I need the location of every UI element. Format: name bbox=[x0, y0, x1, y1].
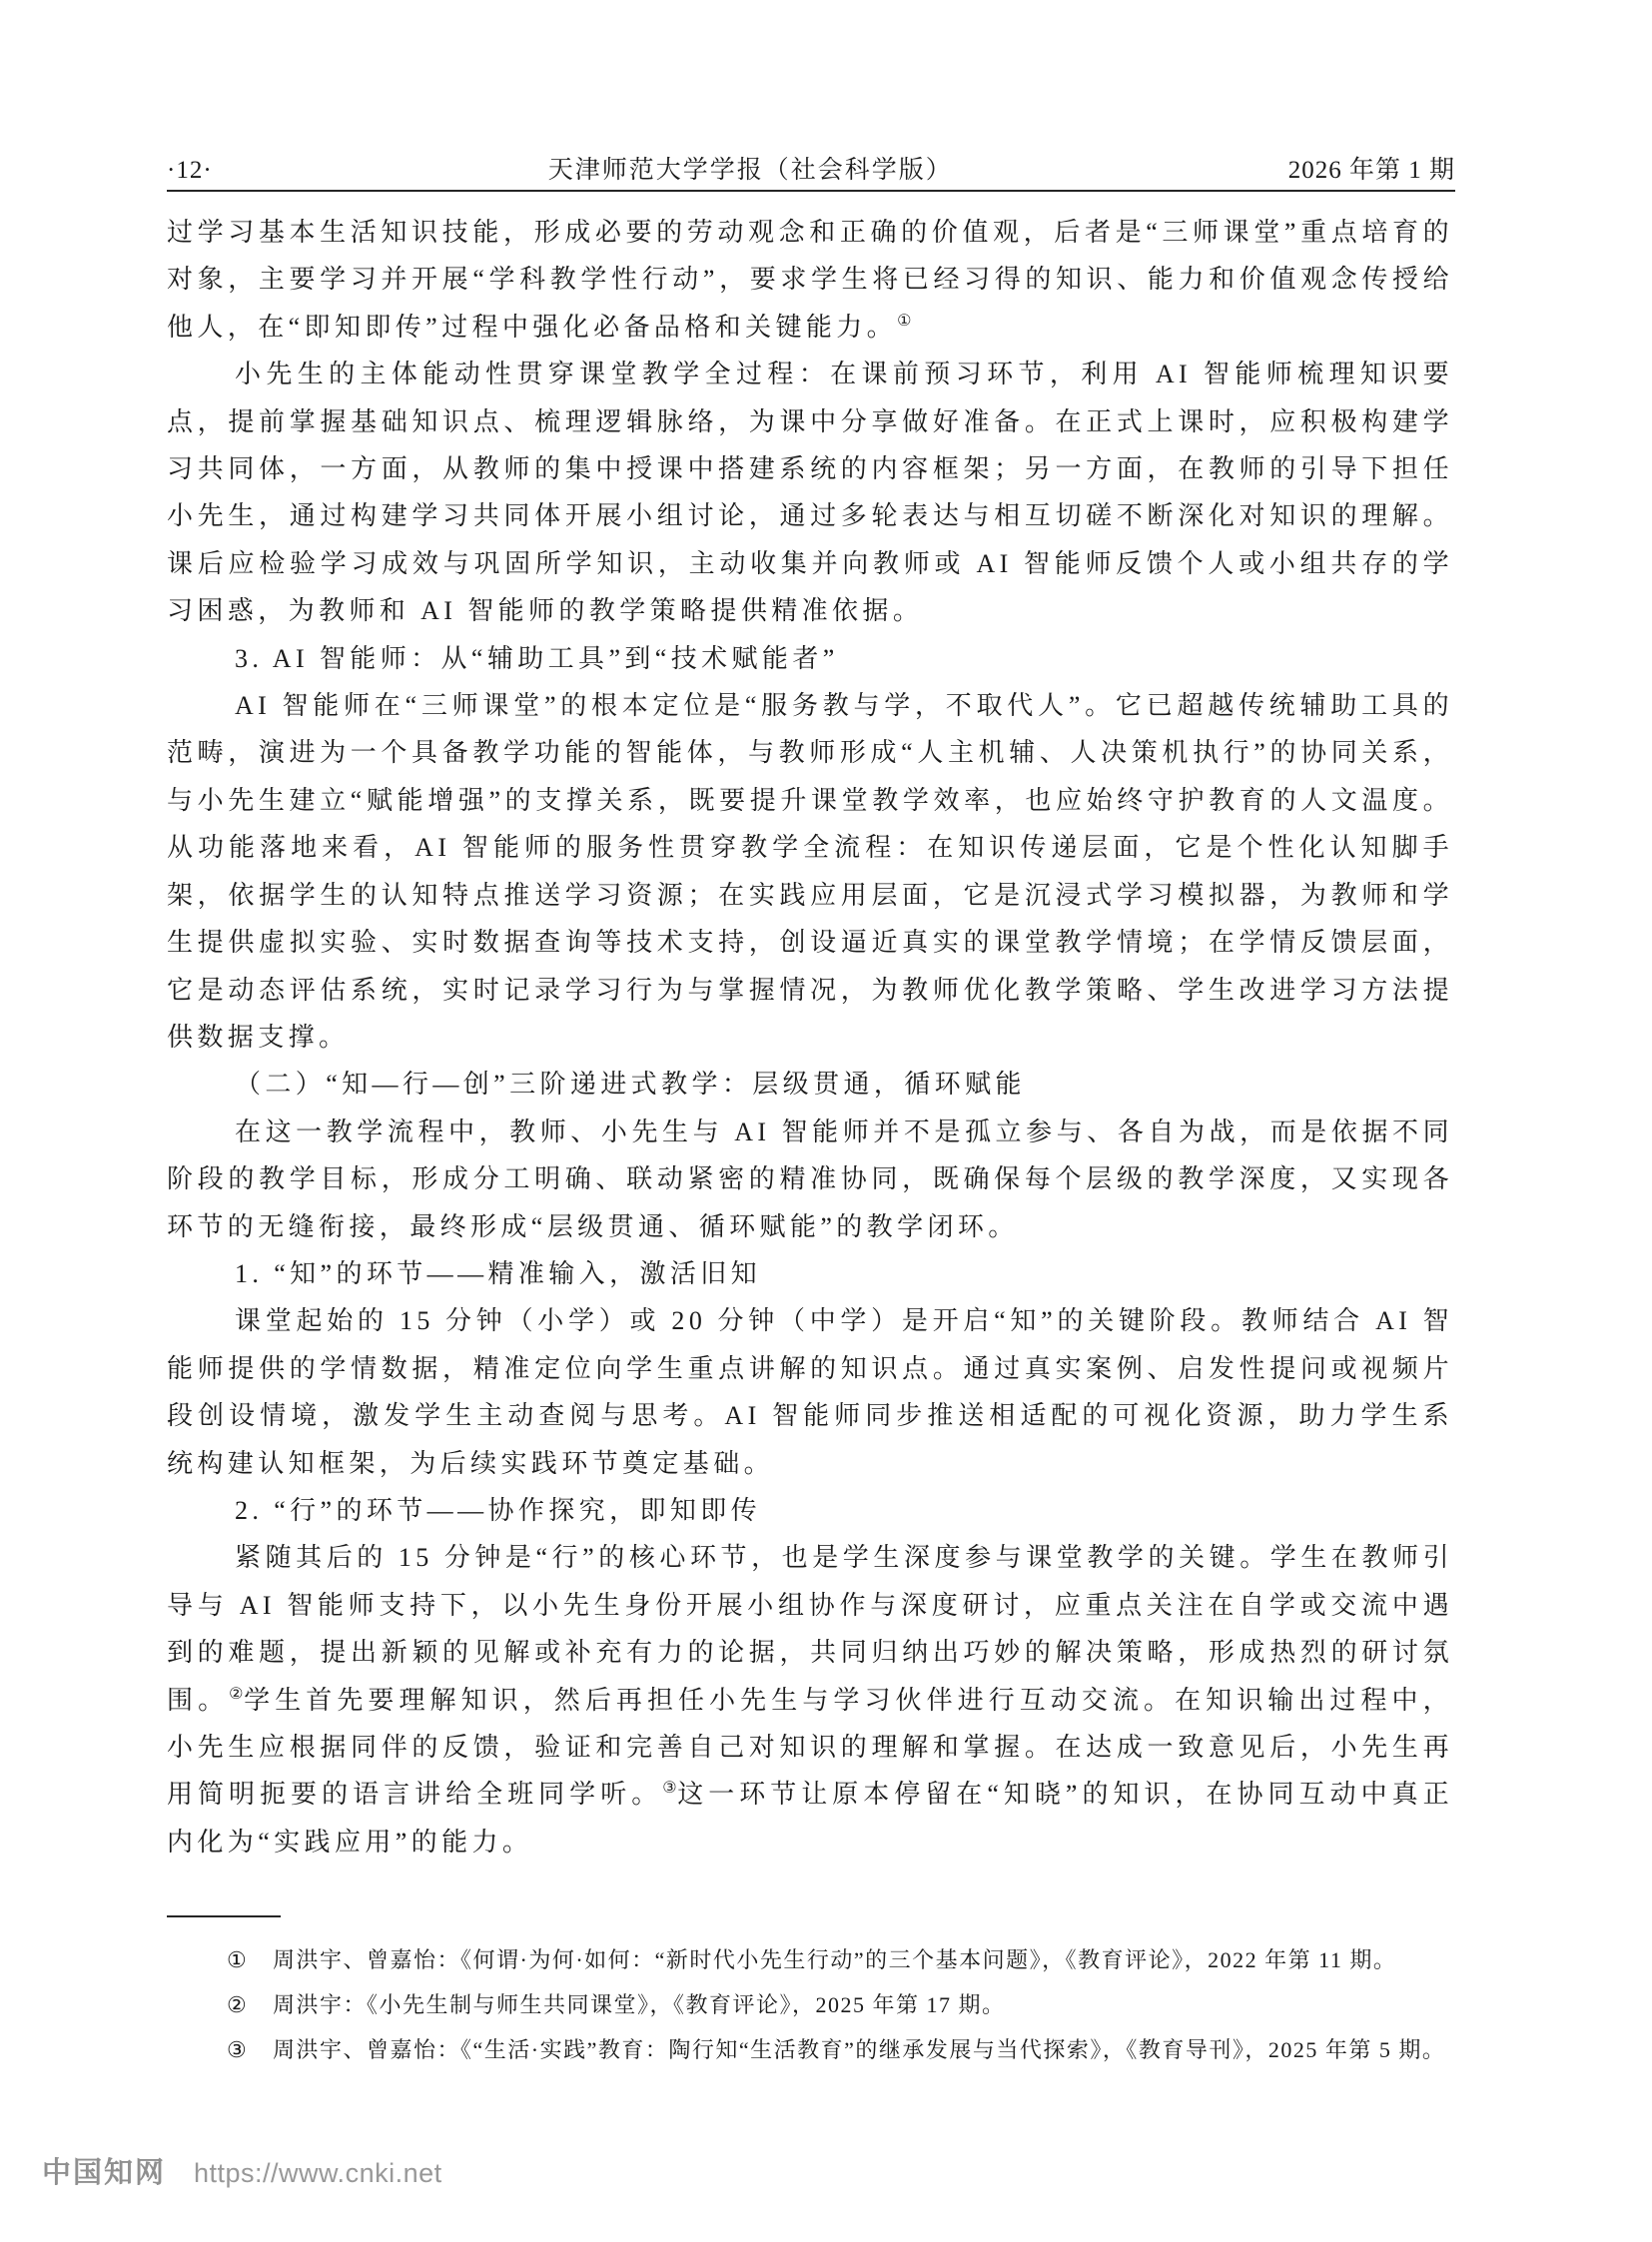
footnote-ref: ③ bbox=[662, 1780, 677, 1797]
footnote-marker: ② bbox=[227, 1982, 273, 2027]
journal-page: ·12· 天津师范大学学报（社会科学版） 2026 年第 1 期 过学习基本生活… bbox=[0, 0, 1652, 2242]
footnote-list: ①周洪宇、曾嘉怡：《何谓·为何·如何：“新时代小先生行动”的三个基本问题》，《教… bbox=[167, 1937, 1455, 2072]
footnote-ref: ② bbox=[229, 1686, 244, 1703]
section-heading: 1. “知”的环节——精准输入，激活旧知 bbox=[167, 1250, 1453, 1297]
running-head: ·12· 天津师范大学学报（社会科学版） 2026 年第 1 期 bbox=[167, 150, 1455, 186]
footnote-text: 周洪宇：《小先生制与师生共同课堂》，《教育评论》，2025 年第 17 期。 bbox=[273, 1982, 1455, 2027]
section-heading: （二）“知—行—创”三阶递进式教学：层级贯通，循环赋能 bbox=[167, 1061, 1453, 1108]
footnote-marker: ③ bbox=[227, 2027, 273, 2072]
section-heading: 2. “行”的环节——协作探究，即知即传 bbox=[167, 1487, 1453, 1534]
body-paragraph: 过学习基本生活知识技能，形成必要的劳动观念和正确的价值观，后者是“三师课堂”重点… bbox=[167, 209, 1453, 351]
body-paragraph: 在这一教学流程中，教师、小先生与 AI 智能师并不是孤立参与、各自为战，而是依据… bbox=[167, 1109, 1453, 1250]
section-heading: 3. AI 智能师：从“辅助工具”到“技术赋能者” bbox=[167, 635, 1453, 682]
footnote-text: 周洪宇、曾嘉怡：《“生活·实践”教育：陶行知“生活教育”的继承发展与当代探索》，… bbox=[273, 2027, 1455, 2072]
article-body: 过学习基本生活知识技能，形成必要的劳动观念和正确的价值观，后者是“三师课堂”重点… bbox=[167, 209, 1453, 1866]
body-paragraph: 课堂起始的 15 分钟（小学）或 20 分钟（中学）是开启“知”的关键阶段。教师… bbox=[167, 1297, 1453, 1487]
cnki-watermark: 中国知网 https://www.cnki.net bbox=[42, 2150, 442, 2191]
body-paragraph: AI 智能师在“三师课堂”的根本定位是“服务教与学，不取代人”。它已超越传统辅助… bbox=[167, 682, 1453, 1061]
footnote-item: ③周洪宇、曾嘉怡：《“生活·实践”教育：陶行知“生活教育”的继承发展与当代探索》… bbox=[167, 2027, 1455, 2072]
issue-label: 2026 年第 1 期 bbox=[1288, 150, 1455, 186]
footnote-marker: ① bbox=[227, 1937, 273, 1982]
footnote-text: 周洪宇、曾嘉怡：《何谓·为何·如何：“新时代小先生行动”的三个基本问题》，《教育… bbox=[273, 1937, 1455, 1982]
body-paragraph: 紧随其后的 15 分钟是“行”的核心环节，也是学生深度参与课堂教学的关键。学生在… bbox=[167, 1534, 1453, 1866]
footnote-separator bbox=[167, 1915, 281, 1917]
cnki-logo-text: 中国知网 bbox=[42, 2150, 166, 2191]
body-paragraph: 小先生的主体能动性贯穿课堂教学全过程：在课前预习环节，利用 AI 智能师梳理知识… bbox=[167, 351, 1453, 634]
footnote-ref: ① bbox=[897, 313, 911, 330]
footnote-item: ①周洪宇、曾嘉怡：《何谓·为何·如何：“新时代小先生行动”的三个基本问题》，《教… bbox=[167, 1937, 1455, 1982]
cnki-url: https://www.cnki.net bbox=[194, 2158, 442, 2189]
page-number: ·12· bbox=[167, 157, 213, 185]
journal-title: 天津师范大学学报（社会科学版） bbox=[548, 150, 953, 186]
footnote-item: ②周洪宇：《小先生制与师生共同课堂》，《教育评论》，2025 年第 17 期。 bbox=[167, 1982, 1455, 2027]
header-rule bbox=[167, 190, 1455, 192]
